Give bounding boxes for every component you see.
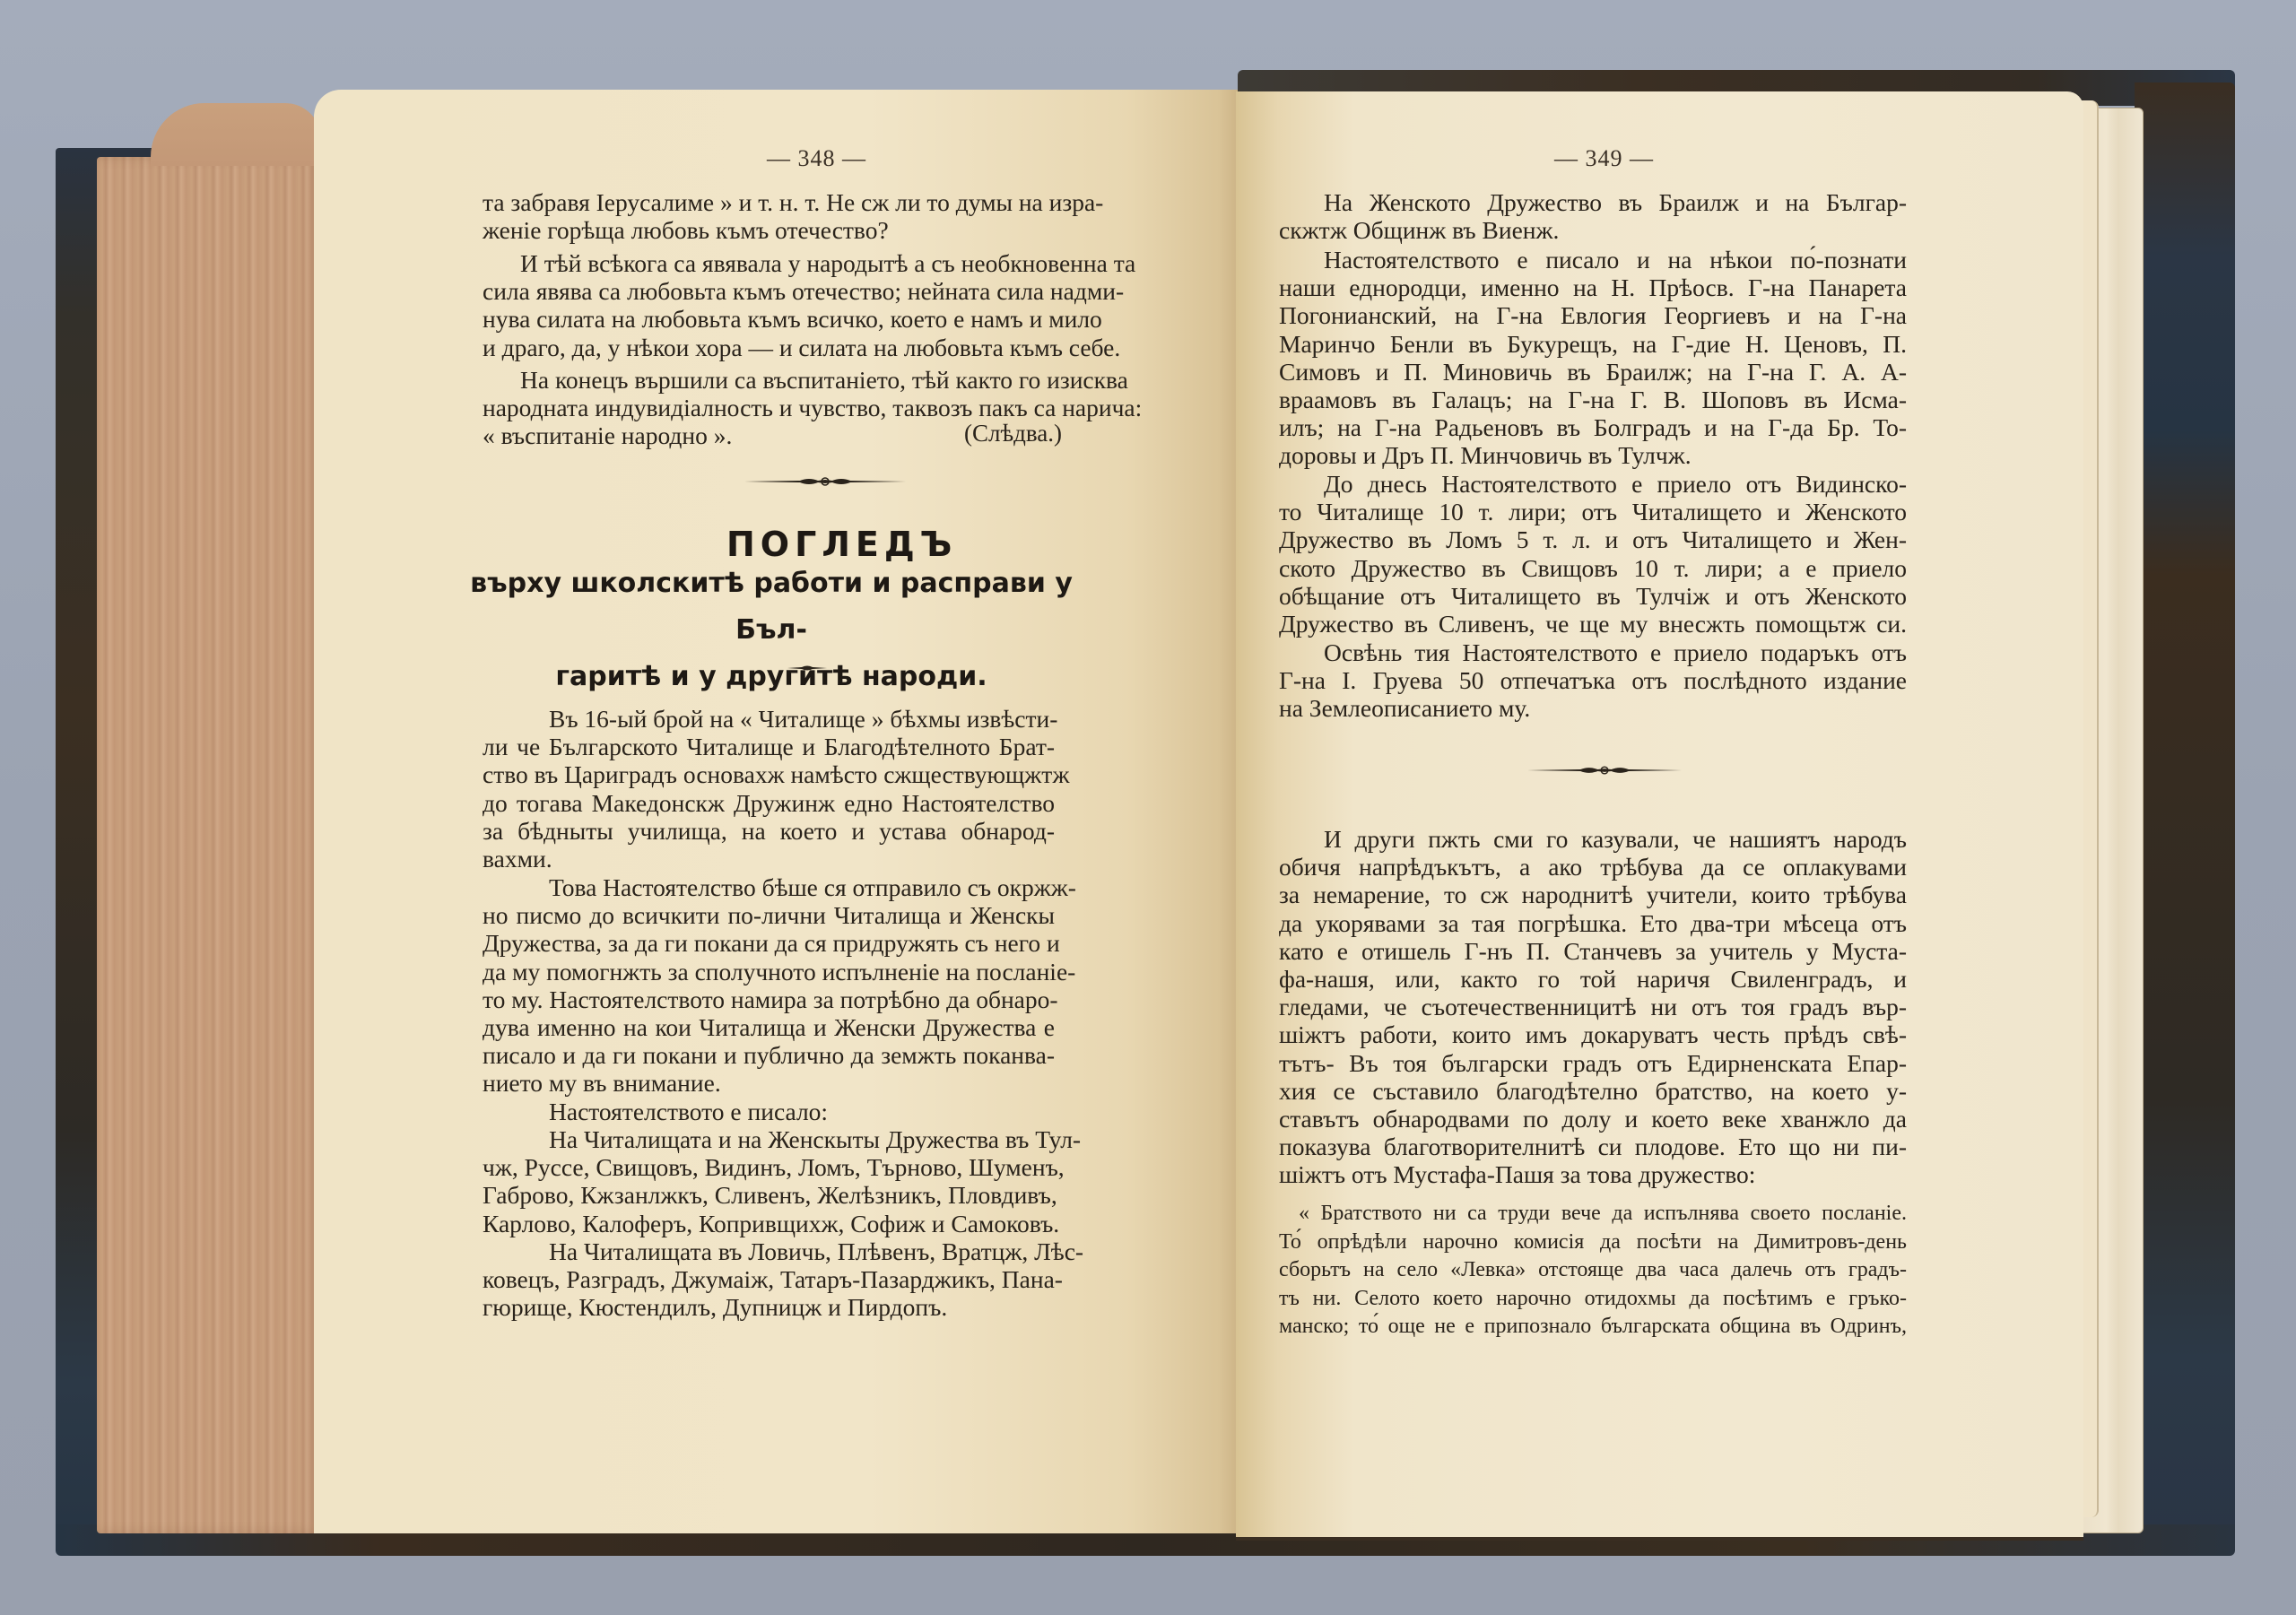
left-paragraph-4: Това Настоятелство бѣше ся отправило съ …: [483, 873, 1055, 1098]
subtitle-line: върху школскитѣ работи и расправи у Бъл-: [466, 560, 1076, 654]
quoted-letter: « Братството ни са труди вече да испълня…: [1279, 1200, 1907, 1341]
text-line: вахми.: [483, 845, 1055, 873]
text-line: за бѣдныты училища, на което и устава об…: [483, 817, 1055, 845]
text-line: Карлово, Калоферъ, Копривщихж, Софиж и С…: [483, 1210, 1055, 1237]
text-line: да укорявами за тая погрѣшка. Ето два-тр…: [1279, 909, 1907, 937]
text-line: до тогава Македонскж Дружинж едно Настоя…: [483, 789, 1055, 817]
text-line: наши еднородци, именно на Н. Прѣосв. Г-н…: [1279, 274, 1907, 301]
text-line: ли че Българското Читалище и Благодѣтелн…: [483, 733, 1055, 760]
text-line: скжтж Общинж въ Виенж.: [1279, 216, 1907, 244]
text-line: да му помогнжть за сполучното испълненіе…: [483, 958, 1055, 985]
text-line: като е отишель Г-нъ П. Станчевъ за учите…: [1279, 937, 1907, 965]
left-paragraph-7: На Читалищата въ Ловичь, Плѣвенъ, Вратцж…: [483, 1237, 1055, 1322]
text-line: илъ; на Г-на Радьеновъ въ Болградъ и на …: [1279, 413, 1907, 441]
right-paragraph-5: И други пжть сми го казували, че нашиятъ…: [1279, 825, 1907, 1189]
text-line: На Читалищата въ Ловичь, Плѣвенъ, Вратцж…: [483, 1237, 1055, 1265]
text-line: Дружество въ Сливенъ, че ще му внесжть п…: [1279, 610, 1907, 638]
text-line: хия се съставило благодѣтелно братство, …: [1279, 1077, 1907, 1105]
text-line: До днесь Настоятелството е приело отъ Ви…: [1279, 470, 1907, 498]
text-line: женіе горѣща любовь къмъ отечество?: [483, 216, 1055, 244]
text-line: Настоятелството е писало:: [483, 1098, 1055, 1125]
left-paragraph-3: Въ 16-ый брой на « Читалище » бѣхмы извѣ…: [483, 705, 1055, 873]
text-line: Настоятелството е писало и на нѣкои по́-…: [1279, 246, 1907, 274]
right-paragraph-3: До днесь Настоятелството е приело отъ Ви…: [1279, 470, 1907, 638]
text-line: И други пжть сми го казували, че нашиятъ…: [1279, 825, 1907, 853]
text-line: ставътъ обнародвами по долу и което веке…: [1279, 1105, 1907, 1133]
left-continuation: та забравя Іерусалиме » и т. н. т. Не сж…: [483, 188, 1055, 244]
article-subtitle: върху школскитѣ работи и расправи у Бъл-…: [466, 560, 1076, 700]
right-paragraph-1: На Женското Дружество въ Браилж и на Бъл…: [1279, 188, 1907, 244]
text-line: та забравя Іерусалиме » и т. н. т. Не сж…: [483, 188, 1055, 216]
right-paragraph-2: Настоятелството е писало и на нѣкои по́-…: [1279, 246, 1907, 470]
text-line: гюрище, Кюстендилъ, Дупницж и Пирдопъ.: [483, 1293, 1055, 1321]
text-line: манско; то́ още не е припознало българск…: [1279, 1313, 1907, 1341]
text-line: Въ 16-ый брой на « Читалище » бѣхмы извѣ…: [483, 705, 1055, 733]
text-line: И тѣй всѣкога са явявала у народытѣ а съ…: [483, 249, 1055, 277]
text-line: чж, Руссе, Свищовъ, Видинъ, Ломъ, Търнов…: [483, 1153, 1055, 1181]
text-line: нува силата на любовьта къмъ всичко, кое…: [483, 305, 1055, 333]
text-line: На конецъ вършили са въспитаніето, тѣй к…: [483, 366, 1055, 394]
text-line: гледами, че съотечественницитѣ ни отъ то…: [1279, 993, 1907, 1020]
text-line: Г-на І. Груева 50 отпечатъка отъ послѣдн…: [1279, 666, 1907, 694]
text-line: То́ опрѣдѣли нарочно комисія да посѣти н…: [1279, 1229, 1907, 1257]
text-line: фа-нашя, или, както го той наричя Свилен…: [1279, 965, 1907, 993]
text-line: враамовъ въ Галацъ; на Г-на Г. В. Шоповъ…: [1279, 386, 1907, 413]
page-number-right: — 349 —: [1554, 145, 1654, 172]
article-title: ПОГЛЕДЪ: [726, 525, 957, 564]
text-line: шіжтъ работи, които имъ докаруватъ честь…: [1279, 1020, 1907, 1048]
left-page: — 348 — та забравя Іерусалиме » и т. н. …: [314, 90, 1238, 1533]
text-line: то Читалище 10 т. лири; отъ Читалището и…: [1279, 498, 1907, 525]
small-ornamental-rule-icon: [787, 664, 827, 674]
text-line: ското Дружество въ Свищовъ 10 т. лири; а…: [1279, 554, 1907, 582]
text-line: « Братството ни са труди вече да испълня…: [1279, 1200, 1907, 1229]
text-line: Симовъ и П. Миновичь въ Браилж; на Г-на …: [1279, 358, 1907, 386]
text-line: шіжтъ отъ Мустафа-Пашя за това дружество…: [1279, 1160, 1907, 1188]
continued-label: (Слѣдва.): [964, 420, 1062, 447]
text-line: но писмо до всичкити по-лични Читалища и…: [483, 901, 1055, 929]
text-line: На Читалищата и на Женскыты Дружества въ…: [483, 1125, 1055, 1153]
page-block-edge-left: [97, 157, 321, 1533]
right-page: — 349 — На Женското Дружество въ Браилж …: [1236, 91, 2083, 1537]
text-line: на Землеописанието му.: [1279, 694, 1907, 722]
text-line: показува благотворителнитѣ си плодове. Е…: [1279, 1133, 1907, 1160]
text-line: ковецъ, Разградъ, Джумаіж, Татаръ-Пазард…: [483, 1265, 1055, 1293]
text-line: то му. Настоятелството намира за потрѣбн…: [483, 985, 1055, 1013]
text-line: за немарение, то сж народнитѣ учители, к…: [1279, 881, 1907, 908]
book-photo: — 348 — та забравя Іерусалиме » и т. н. …: [0, 0, 2296, 1615]
text-line: Дружества, за да ги покани да ся придруж…: [483, 929, 1055, 957]
text-line: ство въ Цариградъ основахж намѣсто сжщес…: [483, 760, 1055, 788]
text-line: сила явява са любовьта къмъ отечество; н…: [483, 277, 1055, 305]
text-line: писало и да ги покани и публично да земж…: [483, 1041, 1055, 1069]
right-paragraph-4: Освѣнь тия Настоятелството е приело пода…: [1279, 638, 1907, 723]
left-paragraph-5: Настоятелството е писало:: [483, 1098, 1055, 1125]
ornamental-rule-icon: [1527, 764, 1682, 775]
text-line: тътъ- Въ тоя български градъ отъ Едирнен…: [1279, 1049, 1907, 1077]
text-line: тъ ни. Селото което нарочно отидохмы да …: [1279, 1285, 1907, 1314]
text-line: и драго, да, у нѣкои хора — и силата на …: [483, 334, 1055, 361]
text-line: дува именно на кои Читалища и Женски Дру…: [483, 1013, 1055, 1041]
text-line: сборьтъ на село «Левка» отстояще два час…: [1279, 1256, 1907, 1285]
text-line: Погонианский, на Г-на Евлогия Георгиевъ …: [1279, 301, 1907, 329]
book-cover-right: [2135, 82, 2235, 1531]
left-paragraph-6: На Читалищата и на Женскыты Дружества въ…: [483, 1125, 1055, 1237]
left-paragraph-1: И тѣй всѣкога са явявала у народытѣ а съ…: [483, 249, 1055, 361]
text-line: Габрово, Кжзанлжкъ, Сливенъ, Желѣзникъ, …: [483, 1181, 1055, 1209]
text-line: На Женското Дружество въ Браилж и на Бъл…: [1279, 188, 1907, 216]
text-line: обѣщание отъ Читалището въ Тулчіж и отъ …: [1279, 582, 1907, 610]
text-line: доровы и Дръ П. Минчовичь въ Тулчж.: [1279, 441, 1907, 469]
text-line: обичя напрѣдъкътъ, а ако трѣбува да се о…: [1279, 853, 1907, 881]
text-line: народната индувидіалность и чувство, так…: [483, 394, 1055, 421]
ornamental-rule-icon: [744, 475, 906, 486]
subtitle-line: гаритѣ и у другитѣ народи.: [466, 654, 1076, 700]
text-line: Освѣнь тия Настоятелството е приело пода…: [1279, 638, 1907, 666]
text-line: нието му въ внимание.: [483, 1069, 1055, 1097]
text-line: Това Настоятелство бѣше ся отправило съ …: [483, 873, 1055, 901]
text-line: Маринчо Бенли въ Букурещъ, на Г-дие Н. Ц…: [1279, 330, 1907, 358]
text-line: Дружество въ Ломъ 5 т. л. и отъ Читалище…: [1279, 525, 1907, 553]
page-number-left: — 348 —: [767, 145, 866, 172]
